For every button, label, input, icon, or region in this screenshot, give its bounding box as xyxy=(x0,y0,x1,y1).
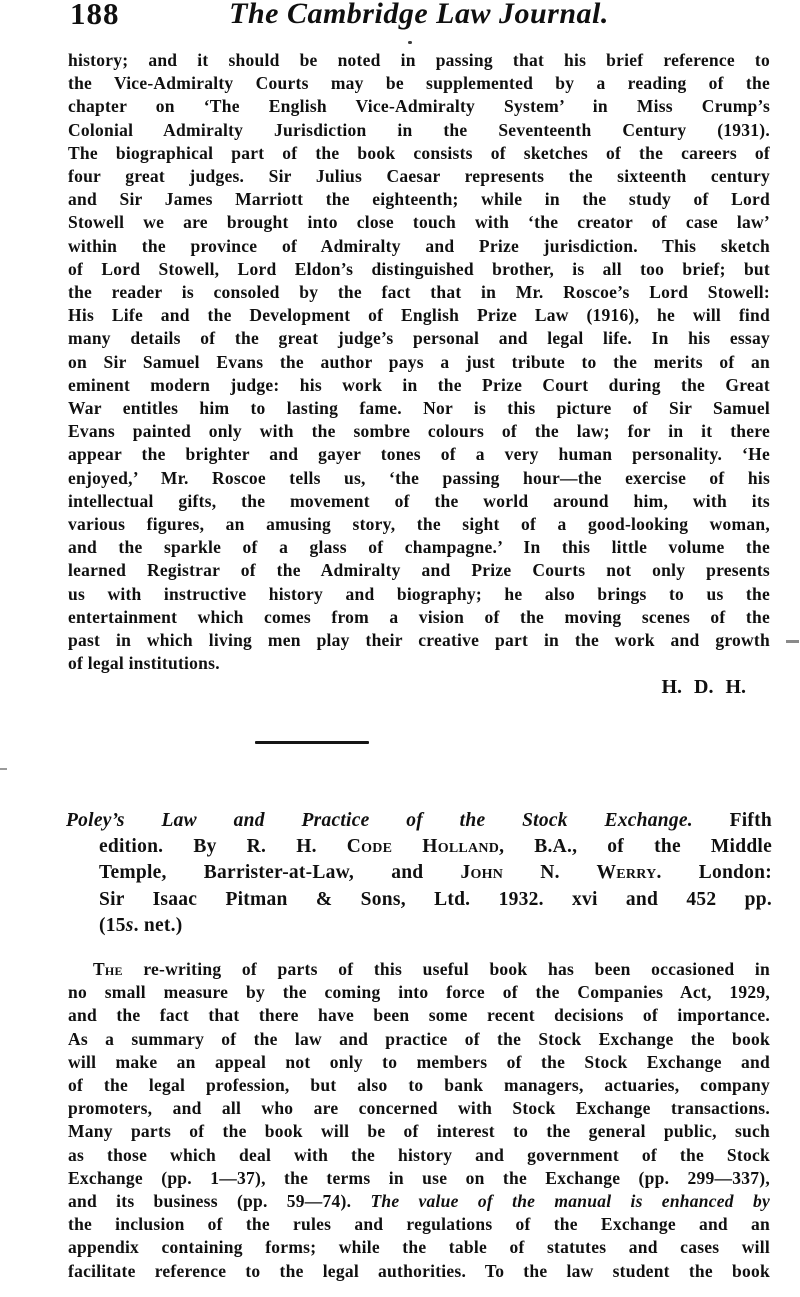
text-segment: The xyxy=(93,959,123,979)
text-line: and its business (pp. 59—74). The value … xyxy=(68,1190,770,1213)
text-line: four great judges. Sir Julius Caesar rep… xyxy=(68,165,770,188)
text-line: no small measure by the coming into forc… xyxy=(68,981,770,1004)
text-line: enjoyed,’ Mr. Roscoe tells us, ‘the pass… xyxy=(68,467,770,490)
text-segment: Temple, Barrister-at-Law, and xyxy=(99,862,461,883)
text-line: His Life and the Development of English … xyxy=(68,304,770,327)
scan-speck xyxy=(786,640,799,643)
text-segment: Poley’s Law and Practice of the Stock Ex… xyxy=(66,810,693,831)
text-segment: John N. Werry xyxy=(461,862,657,883)
text-segment: and its business (pp. 59—74). xyxy=(68,1191,370,1211)
text-line: and the sparkle of a glass of champagne.… xyxy=(68,536,770,559)
text-line: within the province of Admiralty and Pri… xyxy=(68,235,770,258)
text-line: Stowell we are brought into close touch … xyxy=(68,211,770,234)
text-segment: edition. By R. H. xyxy=(99,836,347,857)
text-line: past in which living men play their crea… xyxy=(68,629,770,652)
text-segment: . net.) xyxy=(134,915,183,936)
text-line: on Sir Samuel Evans the author pays a ju… xyxy=(68,351,770,374)
text-line: As a summary of the law and practice of … xyxy=(68,1028,770,1051)
text-line: of legal institutions. xyxy=(68,652,770,675)
text-line: promoters, and all who are concerned wit… xyxy=(68,1097,770,1120)
text-line: learned Registrar of the Admiralty and P… xyxy=(68,559,770,582)
text-line: intellectual gifts, the movement of the … xyxy=(68,490,770,513)
review-body-paragraph: The re-writing of parts of this useful b… xyxy=(68,958,770,1283)
text-line: of Lord Stowell, Lord Eldon’s distinguis… xyxy=(68,258,770,281)
text-segment: (15 xyxy=(99,915,126,936)
text-line: chapter on ‘The English Vice-Admiralty S… xyxy=(68,95,770,118)
text-segment: Code Holland xyxy=(347,836,499,857)
text-line: us with instructive history and biograph… xyxy=(68,583,770,606)
text-line: eminent modern judge: his work in the Pr… xyxy=(68,374,770,397)
journal-page: { "colors": { "ink": "#101010", "backgro… xyxy=(0,0,800,1297)
text-line: as those which deal with the history and… xyxy=(68,1144,770,1167)
text-segment: , B.A., of the Middle xyxy=(499,836,772,857)
text-segment: . London: xyxy=(656,862,772,883)
text-line: Evans painted only with the sombre colou… xyxy=(68,420,770,443)
text-line: facilitate reference to the legal author… xyxy=(68,1260,770,1283)
text-line: appear the brighter and gayer tones of a… xyxy=(68,443,770,466)
text-segment: Fifth xyxy=(693,810,772,831)
text-line: (15s. net.) xyxy=(99,913,772,939)
text-line: various figures, an amusing story, the s… xyxy=(68,513,770,536)
text-line: the inclusion of the rules and regulatio… xyxy=(68,1213,770,1236)
text-line: War entitles him to lasting fame. Nor is… xyxy=(68,397,770,420)
journal-title: The Cambridge Law Journal. xyxy=(68,0,770,32)
text-line: the reader is consoled by the fact that … xyxy=(68,281,770,304)
text-line: will make an appeal not only to members … xyxy=(68,1051,770,1074)
text-line: Many parts of the book will be of intere… xyxy=(68,1120,770,1143)
text-line: Poley’s Law and Practice of the Stock Ex… xyxy=(66,808,772,834)
section-divider-rule xyxy=(255,741,369,744)
text-line: history; and it should be noted in passi… xyxy=(68,49,770,72)
text-line: Colonial Admiralty Jurisdiction in the S… xyxy=(68,119,770,142)
text-line: The biographical part of the book consis… xyxy=(68,142,770,165)
scan-speck xyxy=(0,768,7,770)
text-segment: The value of the manual is enhanced by xyxy=(370,1191,770,1211)
text-line: and Sir James Marriott the eighteenth; w… xyxy=(68,188,770,211)
text-line: Exchange (pp. 1—37), the terms in use on… xyxy=(68,1167,770,1190)
book-review-heading: Poley’s Law and Practice of the Stock Ex… xyxy=(66,808,772,939)
reviewer-initials: H. D. H. xyxy=(68,674,746,700)
text-segment: s xyxy=(126,915,134,936)
text-line: of the legal profession, but also to ban… xyxy=(68,1074,770,1097)
text-line: appendix containing forms; while the tab… xyxy=(68,1236,770,1259)
text-line: The re-writing of parts of this useful b… xyxy=(68,958,770,981)
scan-speck xyxy=(408,41,412,44)
text-line: Temple, Barrister-at-Law, and John N. We… xyxy=(99,860,772,886)
text-line: and the fact that there have been some r… xyxy=(68,1004,770,1027)
text-line: edition. By R. H. Code Holland, B.A., of… xyxy=(99,834,772,860)
text-line: entertainment which comes from a vision … xyxy=(68,606,770,629)
text-line: many details of the great judge’s person… xyxy=(68,327,770,350)
text-segment: re-writing of parts of this useful book … xyxy=(123,959,770,979)
text-line: Sir Isaac Pitman & Sons, Ltd. 1932. xvi … xyxy=(99,887,772,913)
text-line: the Vice-Admiralty Courts may be supplem… xyxy=(68,72,770,95)
review-continuation-paragraph: history; and it should be noted in passi… xyxy=(68,49,770,675)
